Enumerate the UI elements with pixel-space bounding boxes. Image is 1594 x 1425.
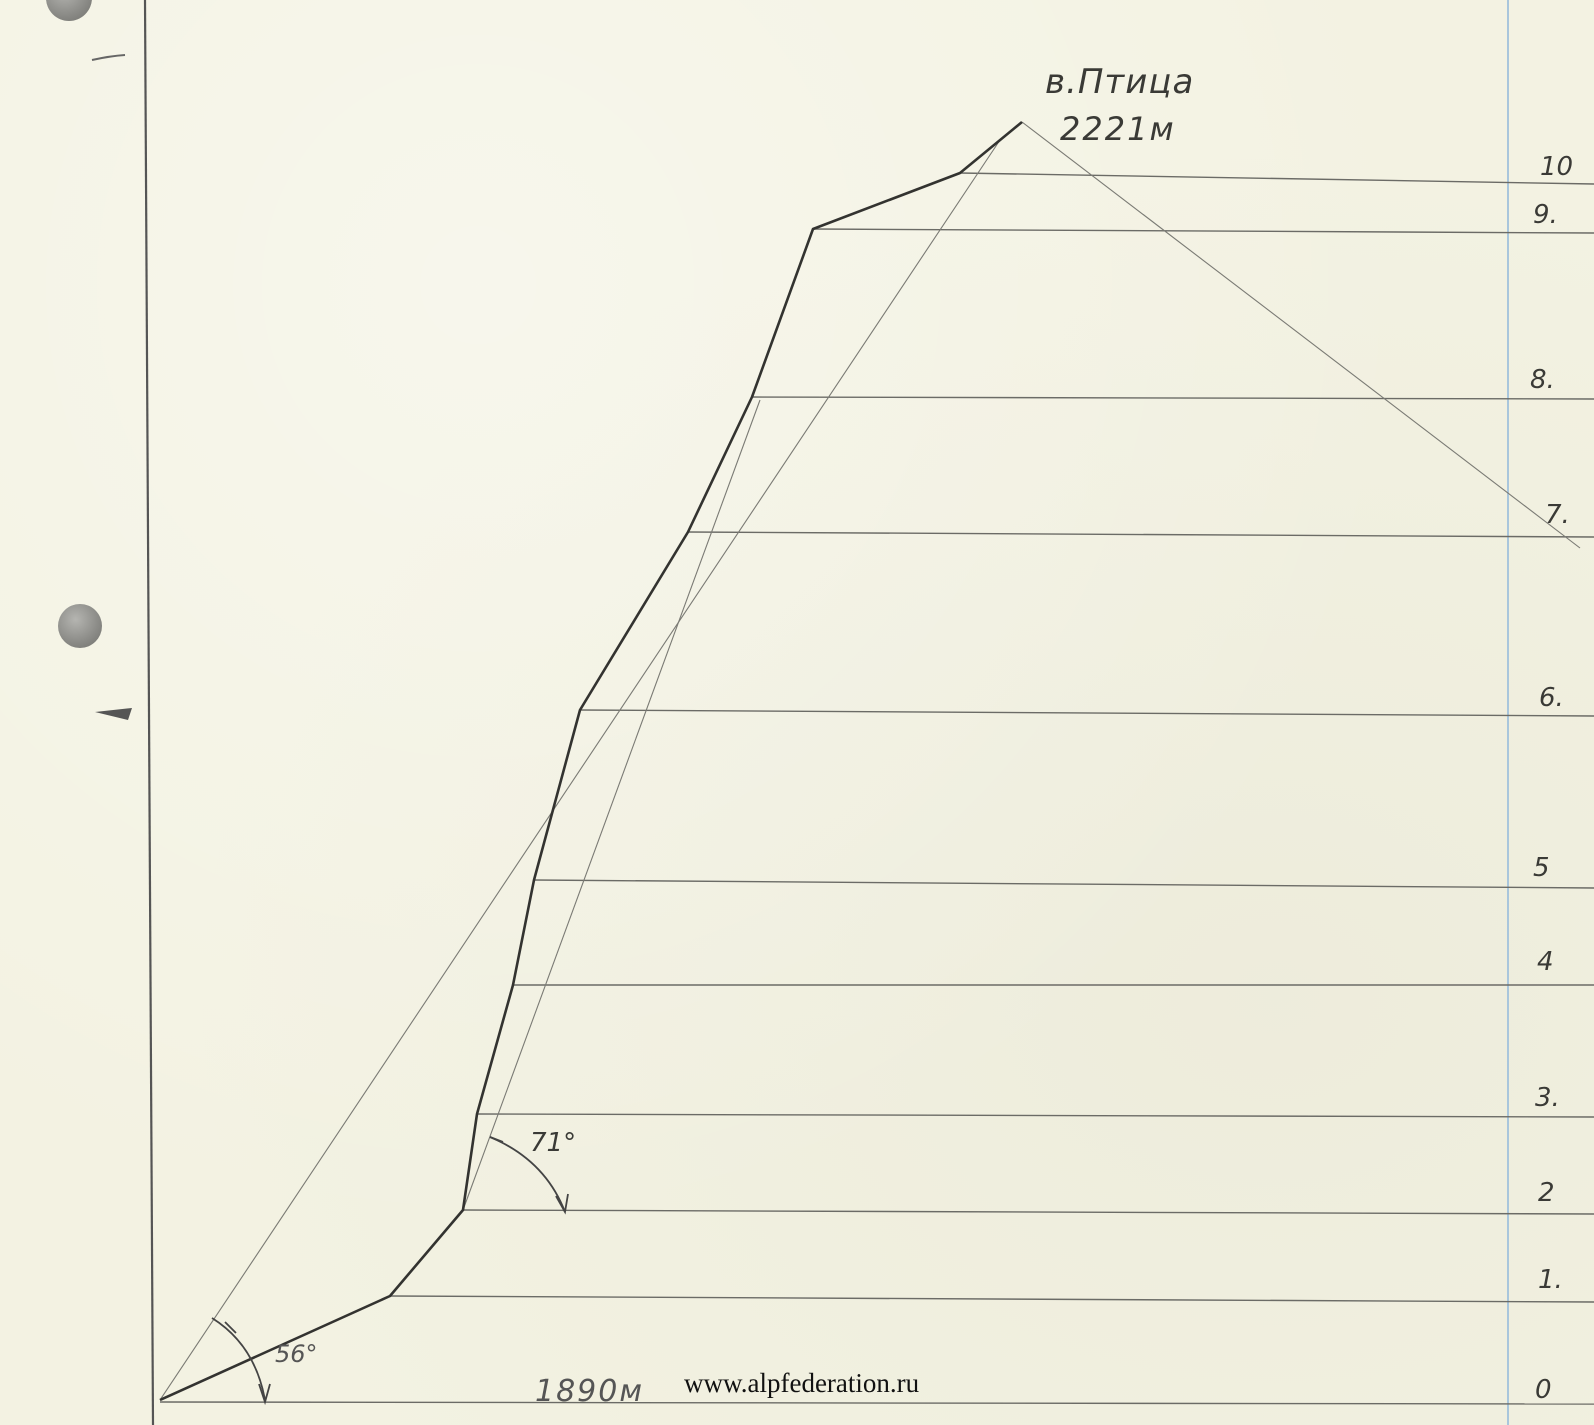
section-tick-3: 3. <box>1535 1083 1575 1113</box>
summit-name: в.Птица <box>1045 62 1194 102</box>
watermark-link[interactable]: www.alpfederation.ru <box>684 1368 919 1399</box>
construction-lines <box>160 122 1580 1400</box>
section-tick-8: 8. <box>1530 365 1570 395</box>
angle-label-56: 56° <box>275 1340 318 1368</box>
section-tick-0: 0 <box>1535 1375 1575 1405</box>
summit-height: 2221м <box>1060 110 1176 148</box>
section-lines <box>160 173 1594 1404</box>
pencil-mark <box>92 55 125 60</box>
section-tick-1: 1. <box>1538 1265 1578 1295</box>
section-tick-7: 7. <box>1545 500 1585 530</box>
route-profile-drawing <box>0 0 1594 1425</box>
arrow-icon <box>490 1137 503 1142</box>
section-tick-5: 5 <box>1533 853 1573 883</box>
angle-label-71: 71° <box>530 1128 576 1158</box>
section-tick-9: 9. <box>1533 200 1573 230</box>
pencil-mark <box>95 708 132 720</box>
left-border-line <box>145 0 153 1425</box>
section-tick-2: 2 <box>1538 1178 1578 1208</box>
profile-line <box>160 122 1022 1400</box>
arrow-icon <box>259 1384 270 1402</box>
section-tick-10: 10 <box>1540 152 1580 182</box>
section-tick-6: 6. <box>1539 683 1579 713</box>
base-height: 1890м <box>535 1374 644 1409</box>
angle-arc-56 <box>212 1318 265 1400</box>
section-tick-4: 4 <box>1537 947 1577 977</box>
